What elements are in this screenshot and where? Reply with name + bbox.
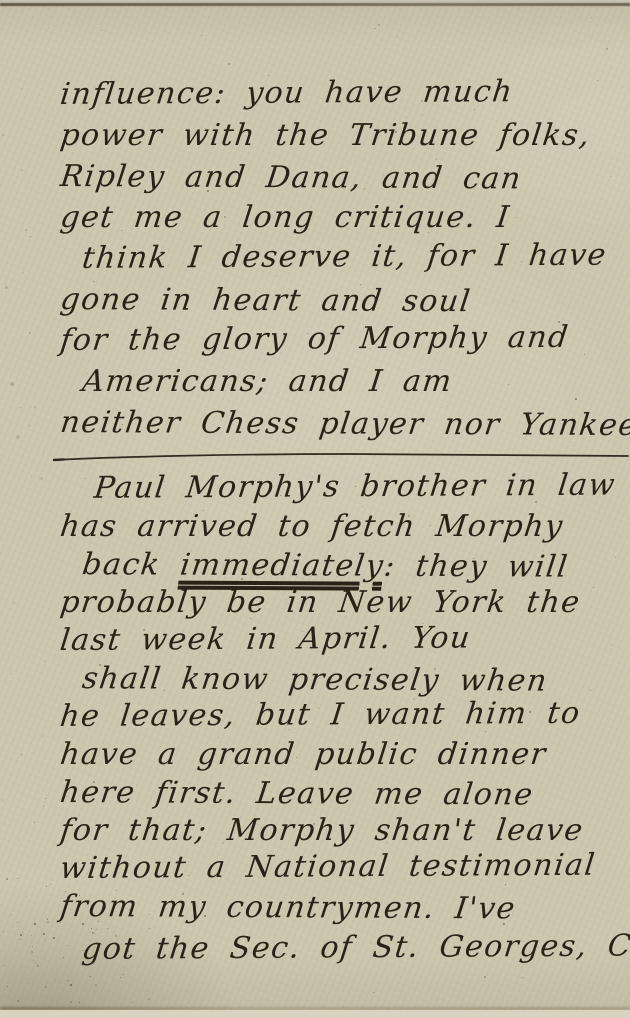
letter-line: he leaves, but I want him to: [58, 695, 630, 736]
letter-text: power with the Tribune folks,: [58, 118, 592, 153]
letter-text: has arrived to fetch Morphy: [58, 509, 565, 544]
letter-text: have a grand public dinner: [58, 737, 548, 772]
letter-text: without a National testimonial: [58, 848, 597, 886]
letter-line: here first. Leave me alone: [58, 774, 630, 815]
letter-line: back immediately: they will: [58, 546, 630, 587]
letter-text: for the glory of Morphy and: [58, 320, 571, 358]
letter-line: Paul Morphy's brother in law: [58, 467, 630, 508]
letter-text: probably be in New York the: [58, 585, 582, 620]
letter-line: power with the Tribune folks,: [58, 115, 630, 156]
letter-text: here first. Leave me alone: [58, 775, 536, 812]
letter-text: influence: you have much: [58, 74, 515, 112]
letter-line: for the glory of Morphy and: [58, 317, 630, 361]
letter-text: : they will: [382, 549, 571, 585]
letter-text: got the Sec. of St. Georges, Capt: [80, 928, 630, 967]
letter-text: for that; Morphy shan't leave: [58, 813, 586, 848]
letter-line: think I deserve it, for I have: [58, 235, 630, 279]
letter-line: get me a long critique. I: [58, 197, 630, 238]
letter-line: for that; Morphy shan't leave: [58, 812, 630, 850]
paragraph-1: influence: you have muchpower with the T…: [58, 74, 630, 443]
letter-line: have a grand public dinner: [58, 736, 630, 774]
scan-top-edge-line: [0, 3, 630, 6]
letter-text: think I deserve it, for I have: [80, 238, 609, 276]
letter-text: get me a long critique. I: [58, 200, 512, 235]
letter-page: influence: you have muchpower with the T…: [0, 0, 630, 1018]
letter-line: without a National testimonial: [58, 847, 630, 888]
letter-text: Ripley and Dana, and can: [58, 159, 524, 196]
letter-text: he leaves, but I want him to: [58, 696, 582, 734]
underlined-word: immediately: [178, 548, 386, 584]
letter-text: gone in heart and soul: [58, 282, 473, 319]
letter-text: Americans; and I am: [80, 364, 454, 399]
letter-text: from my countrymen. I've: [58, 889, 518, 926]
letter-line: probably be in New York the: [58, 584, 630, 622]
letter-line: Americans; and I am: [58, 361, 630, 402]
letter-line: last week in April. You: [58, 619, 630, 660]
letter-text: shall know precisely when: [80, 661, 550, 698]
letter-line: neither Chess player nor Yankee.: [58, 402, 630, 446]
paragraph-2: Paul Morphy's brother in lawhas arrived …: [58, 470, 630, 969]
section-divider-line: [50, 449, 630, 465]
letter-text: last week in April. You: [58, 620, 473, 658]
letter-text: back: [80, 547, 183, 583]
letter-line: got the Sec. of St. Georges, Captn: [58, 923, 630, 969]
letter-text: neither Chess player nor Yankee.: [58, 405, 630, 443]
letter-line: Ripley and Dana, and can: [58, 156, 630, 200]
letter-line: influence: you have much: [58, 71, 630, 115]
letter-line: has arrived to fetch Morphy: [58, 508, 630, 546]
scan-bottom-strip: [0, 1010, 630, 1018]
